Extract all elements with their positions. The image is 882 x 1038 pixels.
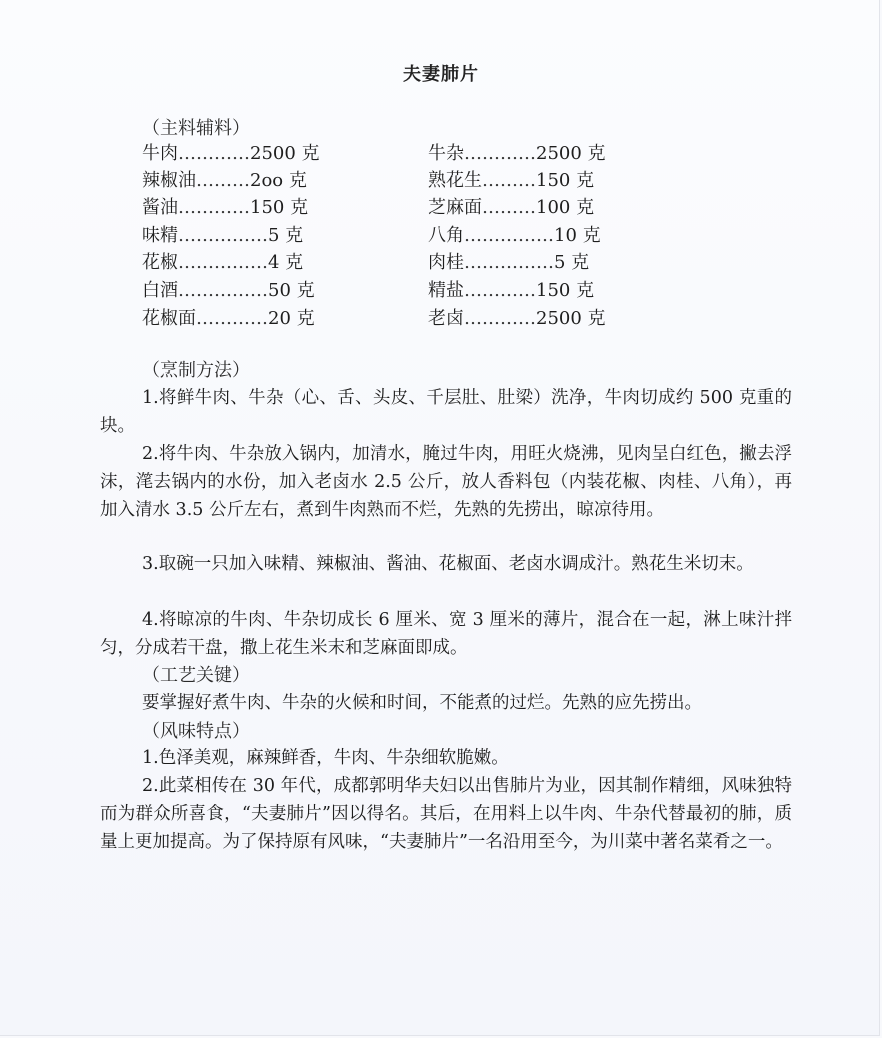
ingredient-name: 熟花生 (428, 170, 482, 191)
ingredient-name: 老卤 (428, 308, 464, 329)
ingredient-amount: 2500 克 (536, 143, 606, 164)
ingredient-amount: 20 克 (268, 308, 315, 329)
leader-dots: ………… (464, 308, 536, 329)
leader-dots: ……… (482, 197, 536, 218)
ingredient-amount: 150 克 (536, 280, 594, 301)
ingredient-name: 八角 (428, 225, 464, 246)
flavor-heading: （风味特点） (142, 717, 250, 743)
ingredient-name: 牛杂 (428, 143, 464, 164)
ingredient-name: 味精 (142, 225, 178, 246)
ingredient-amount: 100 克 (536, 197, 594, 218)
leader-dots: …………… (464, 252, 554, 273)
method-step-3: 3.取碗一只加入味精、辣椒油、酱油、花椒面、老卤水调成汁。熟花生米切末。 (100, 550, 792, 578)
ingredient-name: 花椒面 (142, 308, 196, 329)
document-title: 夫妻肺片 (0, 60, 882, 86)
ingredient-row: 花椒……………4 克 (142, 249, 303, 276)
ingredient-name: 白酒 (142, 280, 178, 301)
leader-dots: ………… (464, 143, 536, 164)
leader-dots: ………… (196, 308, 268, 329)
ingredient-row: 熟花生………150 克 (428, 167, 594, 194)
ingredient-amount: 4 克 (268, 252, 303, 273)
ingredient-name: 芝麻面 (428, 197, 482, 218)
ingredient-amount: 2500 克 (536, 308, 606, 329)
method-step-4: 4.将晾凉的牛肉、牛杂切成长 6 厘米、宽 3 厘米的薄片，混合在一起，淋上味汁… (100, 606, 792, 662)
leader-dots: ………… (178, 197, 250, 218)
ingredient-amount: 50 克 (268, 280, 315, 301)
key-text: 要掌握好煮牛肉、牛杂的火候和时间，不能煮的过烂。先熟的应先捞出。 (142, 689, 802, 717)
ingredient-row: 花椒面…………20 克 (142, 305, 315, 332)
ingredient-amount: 5 克 (268, 225, 303, 246)
ingredient-name: 辣椒油 (142, 170, 196, 191)
leader-dots: …………… (464, 225, 554, 246)
ingredient-name: 精盐 (428, 280, 464, 301)
method-heading: （烹制方法） (142, 356, 250, 382)
ingredient-row: 酱油…………150 克 (142, 194, 308, 221)
leader-dots: …………… (178, 280, 268, 301)
ingredient-name: 花椒 (142, 252, 178, 273)
ingredient-row: 肉桂……………5 克 (428, 249, 589, 276)
leader-dots: ………… (178, 143, 250, 164)
ingredient-row: 牛杂…………2500 克 (428, 140, 606, 167)
ingredient-amount: 150 克 (536, 170, 594, 191)
method-step-1: 1.将鲜牛肉、牛杂（心、舌、头皮、千层肚、肚梁）洗净，牛肉切成约 500 克重的… (100, 384, 792, 440)
leader-dots: ………… (464, 280, 536, 301)
ingredients-heading: （主料辅料） (142, 114, 250, 140)
flavor-point-2: 2.此菜相传在 30 年代，成都郭明华夫妇以出售肺片为业，因其制作精细，风味独特… (100, 772, 792, 856)
ingredient-amount: 10 克 (554, 225, 601, 246)
ingredient-row: 八角……………10 克 (428, 222, 601, 249)
ingredient-row: 辣椒油………2oo 克 (142, 167, 307, 194)
ingredient-row: 精盐…………150 克 (428, 277, 594, 304)
scanned-page: 夫妻肺片 （主料辅料） 牛肉…………2500 克 辣椒油………2oo 克 酱油…… (0, 0, 880, 1036)
key-heading: （工艺关键） (142, 661, 250, 687)
leader-dots: …………… (178, 225, 268, 246)
ingredient-amount: 5 克 (554, 252, 589, 273)
ingredient-row: 白酒……………50 克 (142, 277, 315, 304)
ingredient-amount: 2oo 克 (250, 170, 307, 191)
ingredient-name: 酱油 (142, 197, 178, 218)
ingredient-row: 芝麻面………100 克 (428, 194, 594, 221)
flavor-point-1: 1.色泽美观，麻辣鲜香，牛肉、牛杂细软脆嫩。 (142, 744, 792, 772)
ingredient-name: 牛肉 (142, 143, 178, 164)
leader-dots: ……… (196, 170, 250, 191)
ingredient-name: 肉桂 (428, 252, 464, 273)
leader-dots: ……… (482, 170, 536, 191)
ingredient-amount: 2500 克 (250, 143, 320, 164)
method-step-2: 2.将牛肉、牛杂放入锅内，加清水，腌过牛肉，用旺火烧沸，见肉呈白红色，撇去浮沫，… (100, 440, 792, 524)
ingredient-row: 牛肉…………2500 克 (142, 140, 320, 167)
ingredient-amount: 150 克 (250, 197, 308, 218)
leader-dots: …………… (178, 252, 268, 273)
ingredient-row: 老卤…………2500 克 (428, 305, 606, 332)
ingredient-row: 味精……………5 克 (142, 222, 303, 249)
